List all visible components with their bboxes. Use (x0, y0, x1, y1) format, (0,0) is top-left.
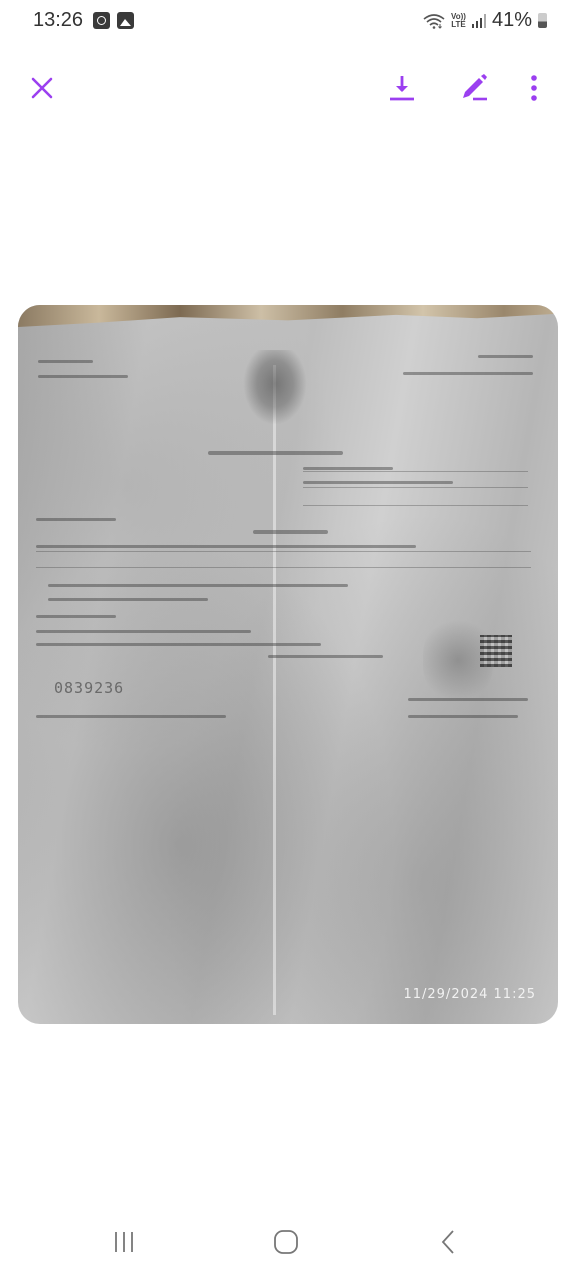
battery-icon (538, 13, 547, 28)
doc-text-line (478, 355, 533, 358)
more-vert-icon (530, 74, 538, 102)
doc-text-line (36, 715, 226, 718)
photo-timestamp: 11/29/2024 11:25 (403, 987, 536, 1002)
signal-icon (472, 14, 486, 28)
document-photo[interactable]: 0839236 11/29/2024 11:25 (18, 305, 558, 1024)
camera-icon (93, 12, 110, 29)
qr-code (480, 635, 512, 667)
doc-text-line (36, 545, 416, 548)
close-icon (31, 77, 53, 99)
doc-rule (303, 505, 528, 506)
photo-background-edge (18, 305, 558, 327)
doc-text-line (303, 467, 393, 470)
download-icon (387, 73, 417, 103)
doc-text-line (38, 360, 93, 363)
more-options-button[interactable] (514, 68, 554, 108)
doc-name-line (253, 530, 328, 534)
document-number: 0839236 (54, 679, 124, 697)
doc-text-line (403, 372, 533, 375)
battery-percent: 41% (492, 9, 532, 32)
lte-icon: Vo))LTE (451, 13, 466, 29)
paper-fold (273, 365, 276, 1015)
back-button[interactable] (428, 1222, 468, 1262)
doc-rule (36, 567, 531, 568)
status-bar: 13:26 Vo))LTE 41% (0, 0, 575, 44)
back-icon (439, 1229, 457, 1255)
download-button[interactable] (382, 68, 422, 108)
doc-text-line (48, 598, 208, 601)
doc-text-line (38, 375, 128, 378)
gallery-icon (117, 12, 134, 29)
edit-icon (458, 73, 490, 103)
navigation-bar (0, 1212, 575, 1272)
doc-text-line (48, 584, 348, 587)
doc-text-line (36, 630, 251, 633)
doc-text-line (36, 615, 116, 618)
doc-text-line (36, 518, 116, 521)
close-button[interactable] (22, 68, 62, 108)
home-icon (273, 1229, 299, 1255)
doc-heading-line (208, 451, 343, 455)
doc-rule (303, 471, 528, 472)
viewer-toolbar (0, 60, 575, 114)
status-time: 13:26 (33, 9, 83, 32)
doc-text-line (268, 655, 383, 658)
wifi-icon (423, 13, 445, 29)
recents-icon (112, 1230, 136, 1254)
doc-text-line (36, 643, 321, 646)
doc-rule (36, 551, 531, 552)
garuda-emblem (243, 350, 307, 425)
doc-rule (303, 487, 528, 488)
edit-button[interactable] (454, 68, 494, 108)
recents-button[interactable] (104, 1222, 144, 1262)
status-indicators: Vo))LTE 41% (423, 9, 547, 32)
doc-text-line (303, 481, 453, 484)
home-button[interactable] (266, 1222, 306, 1262)
doc-text-line (408, 715, 518, 718)
